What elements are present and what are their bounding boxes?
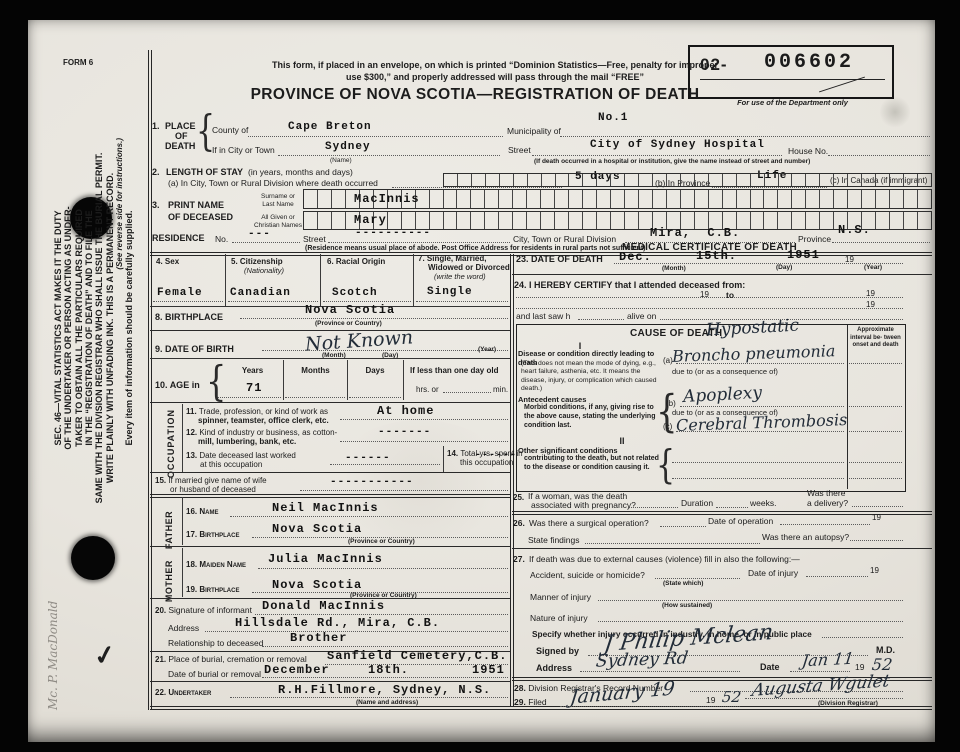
q12-label: 12. Kind of industry or business, as cot… — [186, 428, 337, 437]
supplied-note: Every item of information should be care… — [124, 98, 134, 558]
rule — [443, 392, 491, 393]
rule — [150, 472, 510, 473]
q23-label: 23. DATE OF DEATH — [516, 254, 603, 264]
q23-day-note: (Day) — [776, 264, 792, 272]
rule — [532, 155, 782, 156]
rule — [852, 506, 903, 507]
residence-division-value: Mira, C.B. — [650, 226, 740, 240]
statute-line: SAME WITH THE DIVISION REGISTRAR WHO SHA… — [94, 98, 104, 558]
rule — [849, 478, 902, 479]
rule — [512, 511, 932, 515]
rule — [849, 431, 902, 432]
letter-box-row-empty — [443, 173, 932, 187]
mother-side-label: MOTHER — [164, 548, 174, 602]
q24-last-saw: and last saw h — [516, 311, 570, 321]
q27-number: 27. — [513, 554, 525, 564]
rule — [598, 600, 903, 601]
q5-value: Canadian — [230, 287, 291, 299]
q16-label: 16. Name — [186, 507, 218, 516]
scanned-death-certificate: FORM 6 SEC. 46—VITAL STATISTICS ACT MAKE… — [0, 0, 960, 752]
street-note: (If death occurred in a hospital or inst… — [534, 158, 810, 166]
city-value: Sydney — [325, 141, 371, 153]
q26-19: 19 — [872, 513, 881, 522]
rule — [150, 358, 510, 359]
reverse-side-note: (See reverse side for instructions.) — [115, 98, 124, 558]
rule — [150, 330, 510, 331]
cause-antecedent-note: Morbid conditions, if any, giving rise t… — [524, 404, 659, 430]
q10-days-header: Days — [350, 366, 400, 375]
serial-number-stamp: 006602 — [764, 51, 854, 74]
q23-year-note: (Year) — [864, 264, 882, 272]
municipality-label: Municipality of — [507, 127, 561, 137]
q12-sublabel: mill, lumbering, bank, etc. — [198, 437, 296, 446]
q4-value: Female — [157, 287, 203, 299]
division-registrar-note: (Division Registrar) — [818, 700, 878, 708]
statute-line: TAKER TO OBTAIN ALL THE PARTICULARS REQU… — [74, 98, 84, 558]
rule — [262, 350, 508, 351]
rule — [413, 254, 414, 306]
rule — [228, 301, 318, 302]
municipality-value: No.1 — [598, 112, 628, 124]
rule — [205, 631, 508, 632]
rule — [323, 301, 411, 302]
rule — [225, 254, 226, 306]
q27-19: 19 — [870, 566, 879, 575]
q26-label: Was there a surgical operation? — [529, 518, 649, 528]
rule — [847, 325, 848, 489]
rule — [148, 50, 152, 710]
q24-19-2: 19 — [866, 289, 875, 298]
signed-19: 19 — [855, 662, 864, 672]
q13-value: ------ — [345, 452, 391, 464]
house-no-label: House No. — [788, 147, 828, 157]
rule — [510, 254, 514, 706]
rule — [822, 637, 903, 638]
residence-street-label: Street — [303, 234, 326, 244]
q13-label: 13. Date deceased last worked — [186, 451, 296, 460]
q25-weeks-label: weeks. — [750, 498, 776, 508]
rule — [443, 446, 444, 472]
q21-date-label: Date of burial or removal — [168, 669, 261, 679]
name-note: (Name) — [330, 157, 352, 165]
q15-label: 15. If married give name of wife — [155, 476, 267, 485]
q4-label: 4. Sex — [156, 257, 179, 266]
q20-value: Donald MacInnis — [262, 599, 385, 613]
rule — [614, 263, 903, 264]
q6-value: Scotch — [332, 287, 378, 299]
filed-year-value: 52 — [721, 688, 742, 706]
rule — [285, 397, 345, 398]
serial-prefix: 02- — [700, 55, 728, 75]
q26-autopsy-label: Was there an autopsy? — [762, 532, 849, 542]
q2-number-label: 2. — [152, 167, 160, 177]
statute-line: WRITE PLAINLY WITH UNFADING INK. THIS IS… — [105, 98, 115, 558]
q22-value: R.H.Fillmore, Sydney, N.S. — [278, 683, 491, 697]
q10-min-label: min. — [493, 385, 508, 394]
q11-label: 11. Trade, profession, or kind of work a… — [186, 407, 328, 416]
rule — [560, 706, 740, 707]
q25-duration-label: Duration — [681, 498, 713, 508]
rule — [347, 360, 348, 400]
rule — [516, 308, 903, 309]
q17-label: 17. Birthplace — [186, 530, 239, 539]
q20-address-value: Hillsdale Rd., Mira, C.B. — [235, 616, 440, 630]
surname-label: Surname or Last Name — [255, 193, 301, 209]
q23-day: 15th. — [696, 249, 737, 263]
rule — [258, 568, 508, 569]
rule — [716, 507, 748, 508]
rule — [153, 301, 223, 302]
rule — [328, 242, 510, 243]
rule — [512, 274, 932, 275]
q25-wasthere-2: a delivery? — [807, 498, 848, 508]
q3-label-1: PRINT NAME — [168, 200, 224, 210]
q10-less-header: If less than one day old — [410, 366, 498, 375]
rule — [580, 671, 740, 672]
q20-address-label: Address — [168, 623, 199, 633]
residence-no-label: No. — [215, 234, 228, 244]
rule — [676, 431, 844, 432]
q24-19-3: 19 — [866, 300, 875, 309]
rule — [218, 397, 281, 398]
q7-value: Single — [427, 286, 473, 298]
county-label: County of — [212, 126, 248, 136]
rule — [182, 497, 183, 545]
q23-month: Dec. — [619, 250, 652, 264]
q23-year: 1951 — [787, 248, 820, 262]
statute-line: IN THE “REGISTRATION OF DEATH” AND TO FI… — [84, 98, 94, 558]
cause-due1: due to (or as a consequence of) — [672, 367, 778, 376]
q8-value: Nova Scotia — [305, 303, 395, 317]
q10-label: 10. AGE in — [155, 380, 200, 390]
q24-to: to — [726, 290, 734, 300]
signed-date-label: Date — [760, 662, 780, 672]
cause-c-tag: (c) — [663, 422, 672, 431]
rule — [150, 546, 510, 547]
signed-address-value: Sydney Rd — [595, 648, 690, 671]
q27-state-which-note: (State which) — [663, 580, 703, 588]
q24-19-1: 19 — [700, 290, 709, 299]
q29-label: 29. Filed — [514, 697, 547, 707]
q21-date-day: 18th. — [368, 663, 409, 677]
residence-province-value: N.S. — [838, 223, 871, 237]
q1-label-3: DEATH — [165, 141, 195, 151]
rule — [403, 360, 404, 400]
rule — [150, 402, 510, 403]
rule — [278, 155, 500, 156]
rule — [182, 548, 183, 597]
q21-date-year: 1951 — [472, 663, 505, 677]
rule — [349, 397, 401, 398]
q27-label: If death was due to external causes (vio… — [529, 554, 800, 564]
rule — [150, 494, 510, 498]
q19-label: 19. Birthplace — [186, 585, 239, 594]
street-value: City of Sydney Hospital — [590, 139, 765, 151]
q27-how-sustained-note: (How sustained) — [662, 602, 712, 610]
q16-value: Neil MacInnis — [272, 501, 379, 515]
q17-note: (Province or Country) — [348, 538, 415, 546]
q9-year-note: (Year) — [478, 346, 496, 354]
q26-opdate-label: Date of operation — [708, 516, 773, 526]
rule — [512, 548, 932, 549]
rule — [672, 478, 844, 479]
rule — [676, 363, 844, 364]
q27-injury-date-label: Date of injury — [748, 568, 798, 578]
surname-value: MacInnis — [354, 192, 420, 206]
brace: { — [656, 443, 675, 489]
q7-note: (write the word) — [434, 272, 486, 281]
q21-date-month: December — [264, 663, 330, 677]
q2-sublabel: (in years, months and days) — [248, 167, 353, 177]
rule — [182, 404, 183, 472]
q2a-label: (a) In City, Town or Rural Division wher… — [168, 178, 378, 188]
filed-19: 19 — [706, 695, 715, 705]
q1-label-1: PLACE — [165, 121, 196, 131]
cause-other-label: Other significant conditions — [518, 446, 618, 455]
q2-label: LENGTH OF STAY — [166, 167, 243, 177]
rule — [672, 462, 844, 463]
rule — [340, 419, 508, 420]
q18-label: 18. Maiden Name — [186, 560, 246, 569]
q10-hrs-label: hrs. or — [416, 385, 439, 394]
occupation-side-label: OCCUPATION — [166, 392, 176, 478]
q1-label-2: OF — [175, 131, 188, 141]
q22-label: 22. Undertaker — [155, 688, 211, 697]
rule — [416, 301, 508, 302]
dept-only-note: For use of the Department only — [700, 98, 885, 107]
q20-relationship-label: Relationship to deceased — [168, 638, 263, 648]
rule — [849, 406, 902, 407]
signed-by-label: Signed by — [536, 646, 579, 656]
residence-street-value: ---------- — [355, 227, 431, 239]
q10-years-value: 71 — [246, 381, 262, 395]
q20-label: 20. Signature of informant — [155, 606, 252, 616]
q7-label: 7. Single, Married, — [418, 254, 486, 263]
q9-label: 9. DATE OF BIRTH — [155, 344, 234, 354]
rule — [255, 614, 508, 615]
q18-value: Julia MacInnis — [268, 552, 383, 566]
q8-note: (Province or Country) — [315, 320, 382, 328]
signed-address-label: Address — [536, 663, 572, 673]
brace: { — [206, 356, 226, 405]
rule — [330, 464, 440, 465]
q24-label: 24. I HEREBY CERTIFY that I attended dec… — [514, 280, 745, 290]
q24-alive-on: alive on — [627, 311, 656, 321]
q14-value: ------ — [475, 450, 517, 461]
q15-sublabel: or husband of deceased — [170, 485, 256, 494]
q13-sublabel: at this occupation — [200, 460, 262, 469]
statute-line: SEC. 46—VITAL STATISTICS ACT MAKES IT TH… — [53, 98, 63, 558]
margin-statute-text: SEC. 46—VITAL STATISTICS ACT MAKES IT TH… — [53, 98, 143, 558]
q15-value: ----------- — [330, 476, 414, 488]
rule — [780, 524, 870, 525]
rule — [300, 490, 508, 491]
q5-label: 5. Citizenship — [231, 257, 283, 266]
rule — [828, 155, 930, 156]
cause-b-value: Apoplexy — [683, 383, 763, 407]
rule — [712, 187, 827, 188]
rule — [516, 297, 903, 298]
q10-months-header: Months — [288, 366, 343, 375]
rule — [150, 681, 510, 682]
interval-column-header: Approximate interval be- tween onset and… — [849, 327, 902, 350]
rule — [283, 360, 284, 400]
q3-label-2: OF DECEASED — [168, 212, 233, 222]
rule — [230, 516, 508, 517]
rule — [248, 136, 503, 137]
street-label: Street — [508, 146, 531, 156]
rule — [849, 462, 902, 463]
rule — [585, 543, 760, 544]
q11-sublabel: spinner, teamster, office clerk, etc. — [198, 416, 329, 425]
rule — [680, 406, 844, 407]
form-number: FORM 6 — [63, 58, 93, 67]
signed-date-value: Jan 11 — [801, 649, 855, 671]
rule — [392, 187, 562, 188]
rule — [628, 507, 678, 508]
q27-accident-label: Accident, suicide or homicide? — [530, 570, 645, 580]
q3-number-label: 3. — [152, 200, 160, 210]
q1-number-label: 1. — [152, 121, 160, 131]
rule — [849, 363, 902, 364]
rule — [790, 671, 850, 672]
given-value: Mary — [354, 213, 387, 227]
cause-other-note: contributing to the death, but not relat… — [524, 455, 659, 473]
rule — [340, 441, 508, 442]
cause-lead-note: (This does not mean the mode of dying, e… — [521, 360, 661, 394]
q6-label: 6. Racial Origin — [327, 257, 385, 266]
rule — [262, 646, 508, 647]
rule — [806, 576, 868, 577]
q21-value: Sanfield Cemetery,C.B. — [327, 649, 507, 663]
q25-line2: associated with pregnancy? — [531, 500, 636, 510]
rule — [850, 540, 903, 541]
q25-wasthere-1: Was there — [807, 488, 845, 498]
residence-label: RESIDENCE — [152, 233, 205, 243]
pencil-annotation: Mc. P. MacDonald — [46, 550, 62, 710]
q17-value: Nova Scotia — [272, 522, 362, 536]
rule — [262, 677, 508, 678]
rule — [320, 254, 321, 306]
q26-number: 26. — [513, 518, 525, 528]
cause-section-2: II — [612, 436, 632, 446]
rule — [230, 697, 508, 698]
q19-value: Nova Scotia — [272, 578, 362, 592]
q10-years-header: Years — [225, 366, 280, 375]
rule — [660, 526, 706, 527]
q27-nature-label: Nature of injury — [530, 613, 588, 623]
rule — [560, 136, 930, 137]
statute-line: OF THE UNDERTAKER OR PERSON ACTING AS UN… — [63, 98, 73, 558]
rule — [655, 578, 740, 579]
residence-no-value: --- — [248, 228, 271, 240]
county-value: Cape Breton — [288, 121, 372, 133]
cause-antecedent-label: Antecedent causes — [518, 395, 586, 404]
q5-sublabel: (Nationality) — [244, 266, 284, 275]
rule — [232, 242, 300, 243]
q25-number: 25. — [513, 493, 524, 502]
q11-value: At home — [377, 404, 434, 418]
rule — [578, 319, 624, 320]
city-town-label: If in City or Town — [212, 146, 275, 156]
md-label: M.D. — [876, 645, 895, 655]
q23-month-note: (Month) — [662, 265, 686, 273]
q12-value: ------- — [378, 426, 431, 438]
q7-sublabel: Widowed or Divorced — [428, 263, 510, 272]
rule — [745, 698, 903, 699]
rule — [240, 318, 508, 319]
q20-relationship-value: Brother — [290, 631, 347, 645]
father-side-label: FATHER — [164, 497, 174, 549]
q8-label: 8. BIRTHPLACE — [155, 312, 223, 322]
q26-findings-label: State findings — [528, 535, 580, 545]
q27-manner-label: Manner of injury — [530, 592, 591, 602]
cause-b-tag: (b) — [666, 399, 676, 408]
